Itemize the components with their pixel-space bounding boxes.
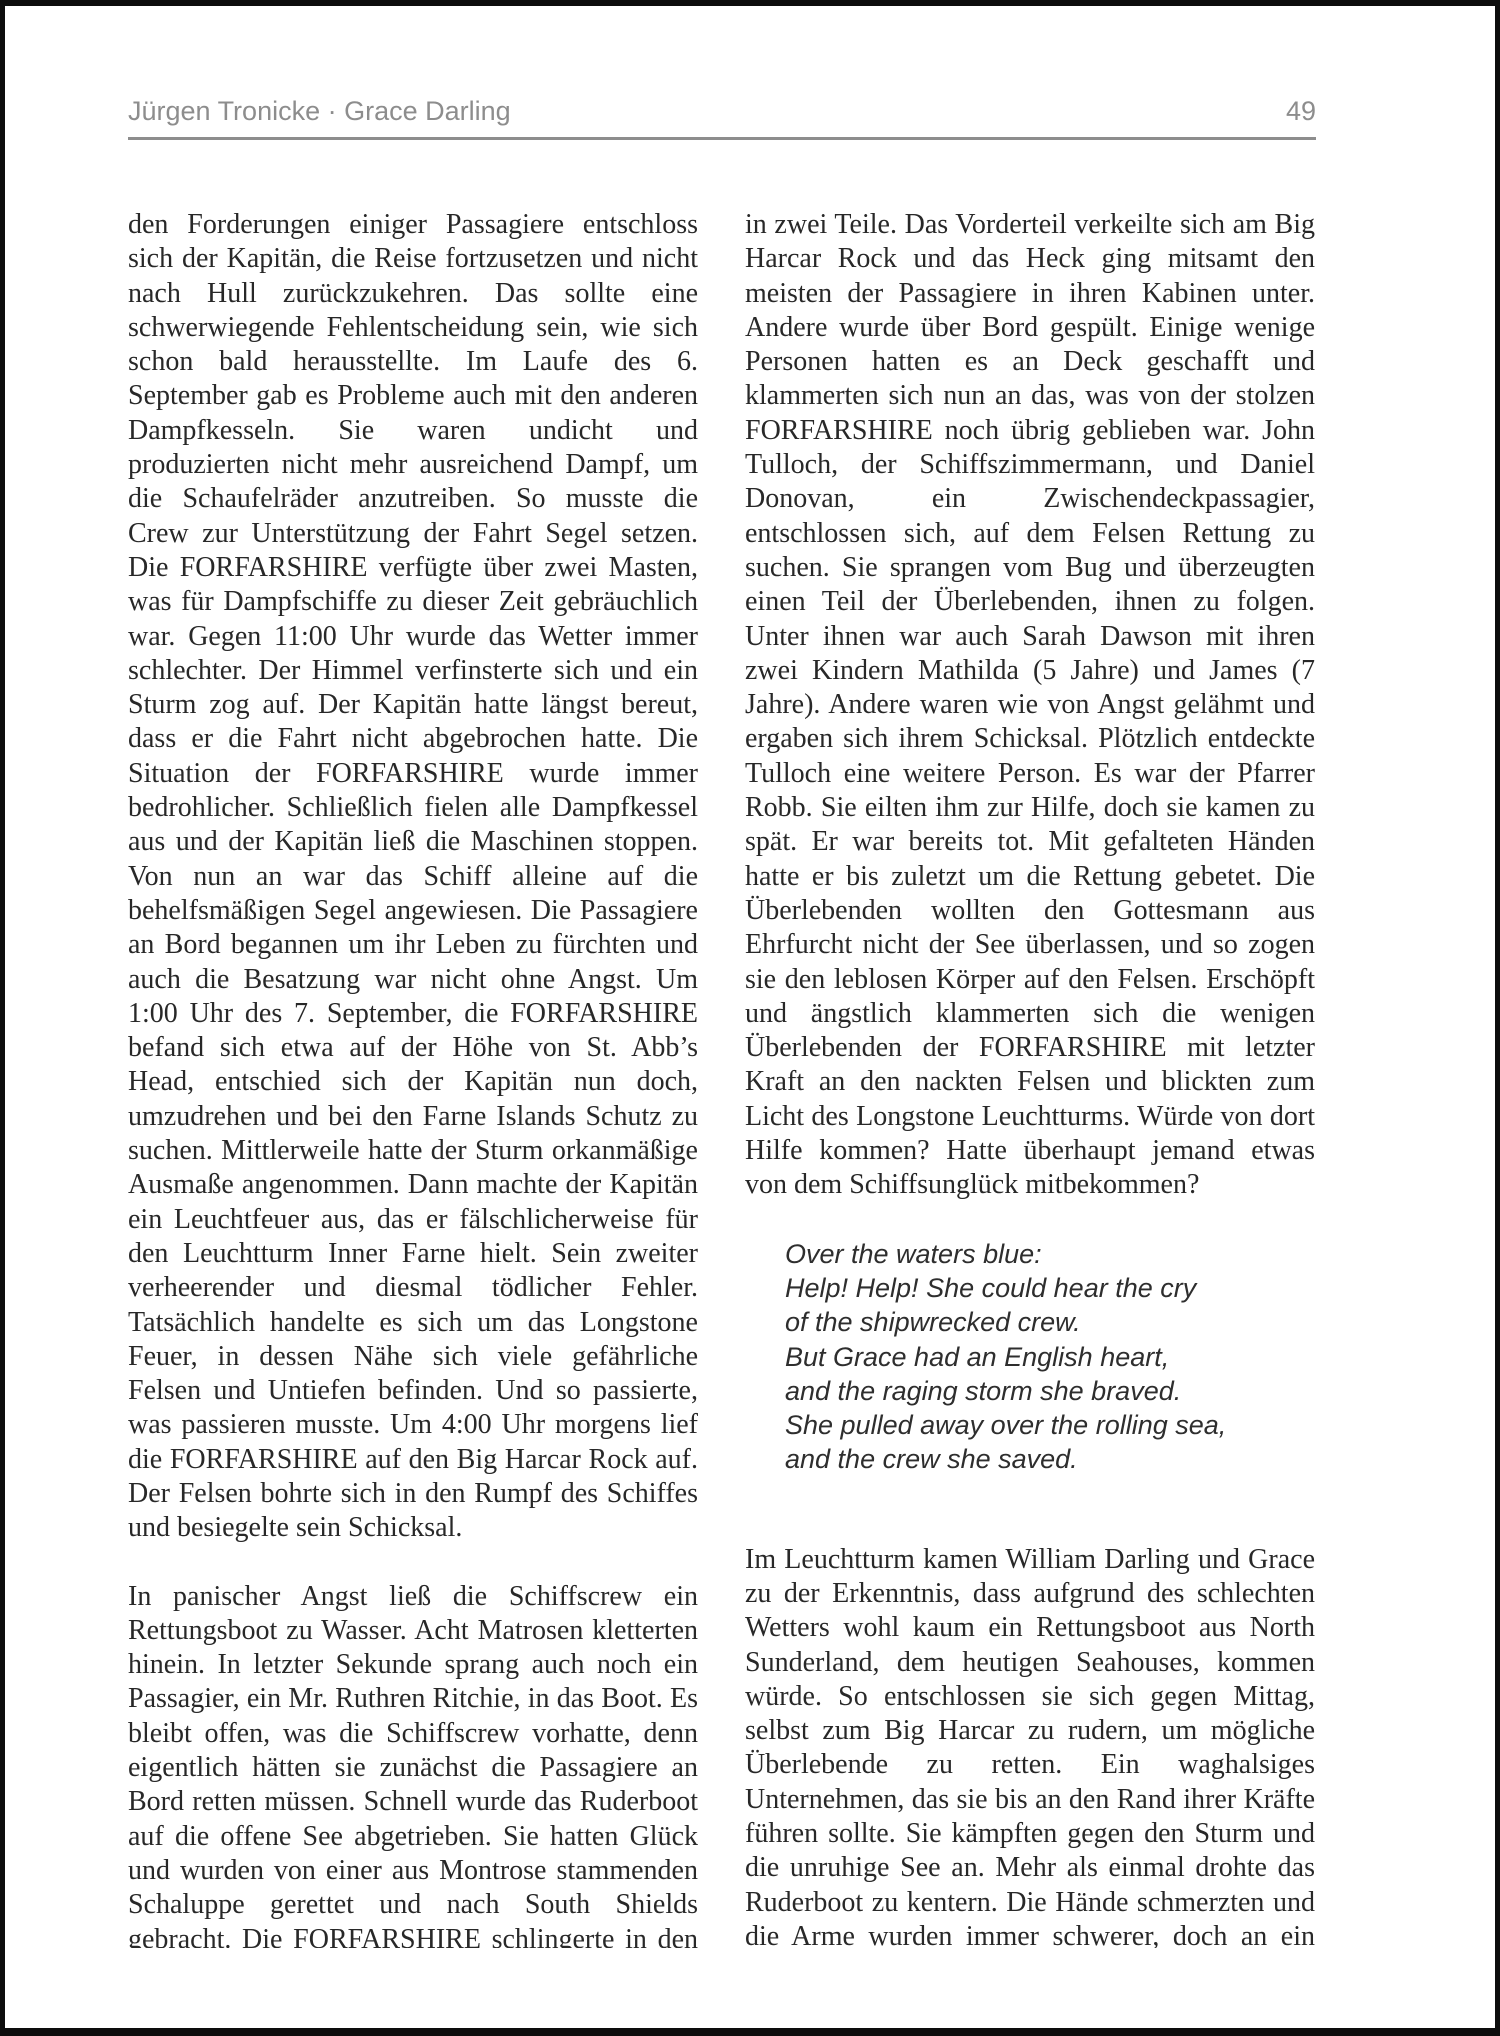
running-header-title: Jürgen Tronicke · Grace Darling bbox=[128, 96, 511, 126]
poem-line: She pulled away over the rolling sea, bbox=[785, 1408, 1315, 1442]
paragraph-wreck-survivors: in zwei Teile. Das Vorderteil verkeilte … bbox=[745, 208, 1315, 1203]
poem-line: and the crew she saved. bbox=[785, 1442, 1315, 1476]
page-body: den Forderungen einiger Passagiere entsc… bbox=[128, 208, 1316, 1948]
paragraph-lifeboat-escape: In panischer Angst ließ die Schiffscrew … bbox=[128, 1580, 698, 1948]
poem-grace-darling: Over the waters blue: Help! Help! She co… bbox=[745, 1237, 1315, 1477]
poem-line: of the shipwrecked crew. bbox=[785, 1305, 1315, 1339]
poem-line: But Grace had an English heart, bbox=[785, 1340, 1315, 1374]
text-column-right: in zwei Teile. Das Vorderteil verkeilte … bbox=[745, 208, 1315, 1948]
poem-line: Help! Help! She could hear the cry bbox=[785, 1271, 1315, 1305]
paragraph-shipwreck-course: den Forderungen einiger Passagiere entsc… bbox=[128, 208, 698, 1546]
paragraph-rescue-row: Im Leuchtturm kamen William Darling und … bbox=[745, 1543, 1315, 1948]
poem-line: and the raging storm she braved. bbox=[785, 1374, 1315, 1408]
poem-line: Over the waters blue: bbox=[785, 1237, 1315, 1271]
text-column-left: den Forderungen einiger Passagiere entsc… bbox=[128, 208, 698, 1948]
page-header: Jürgen Tronicke · Grace Darling 49 bbox=[128, 96, 1316, 140]
page-number: 49 bbox=[1286, 96, 1316, 126]
